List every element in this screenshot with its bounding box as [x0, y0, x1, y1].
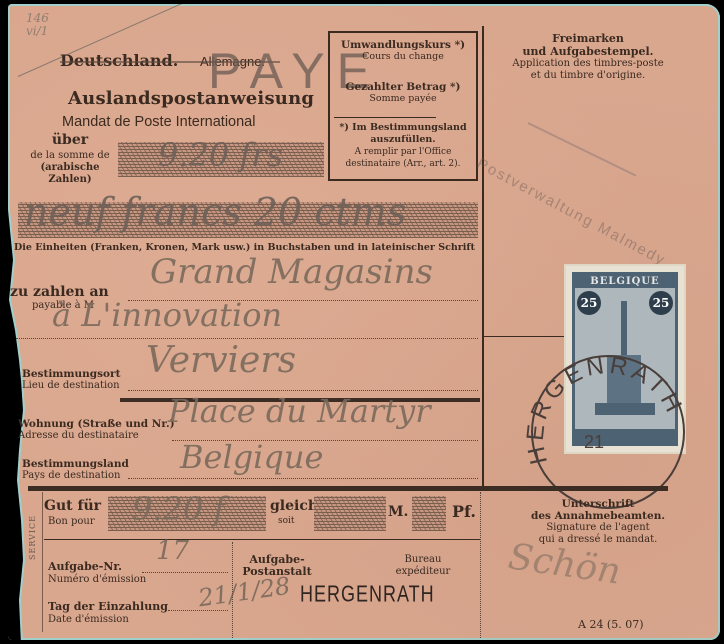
- stamp-label-de-2: und Aufgabestempel.: [488, 45, 688, 58]
- form-title-fr: Mandat de Poste International: [62, 114, 255, 130]
- amount-label-fr: de la somme de: [20, 150, 120, 162]
- payee-line-2: [16, 338, 478, 339]
- office-fr-2: expéditeur: [388, 566, 458, 578]
- money-order-form: 146 vi/1 Deutschland. Allemagne. Ausland…: [8, 4, 720, 640]
- voucher-row-rule: [44, 539, 480, 540]
- postmark: HERGENRATH 21: [508, 344, 688, 524]
- destination-line: [128, 390, 478, 391]
- office-fr-1: Bureau: [388, 554, 458, 566]
- office-fr: Bureau expéditeur: [388, 554, 458, 578]
- pfennig-label: Pf.: [452, 502, 476, 521]
- date-de: Tag der Einzahlung: [48, 600, 168, 613]
- amount-label-hint: (arabische Zahlen): [20, 162, 120, 186]
- destination-value: Verviers: [146, 340, 296, 381]
- amount-paid-de: Gezahlter Betrag *): [330, 81, 476, 93]
- marks-field[interactable]: [314, 496, 386, 531]
- exchange-note-fr: A remplir par l'Office destinataire (Arr…: [330, 146, 476, 170]
- office-de-2: Postanstalt: [242, 566, 312, 578]
- amount-paid-fr: Somme payée: [330, 93, 476, 105]
- stamp-label-fr-2: et du timbre d'origine.: [488, 70, 688, 82]
- mark-label: M.: [388, 504, 408, 520]
- postmark-text: HERGENRATH: [522, 352, 688, 467]
- postmark-date: 21: [584, 432, 604, 452]
- cachet-line: [528, 122, 637, 176]
- voucher-side-line: [42, 492, 43, 632]
- equal-fr: soit: [278, 516, 295, 526]
- stamp-area-heading: Freimarken und Aufgabestempel. Applicati…: [488, 32, 688, 82]
- country-value: Belgique: [180, 438, 323, 476]
- exchange-rate-de: Umwandlungskurs *): [330, 39, 476, 51]
- destination-label-fr: Lieu de destination: [22, 380, 120, 392]
- payee-name-2: à L'innovation: [52, 296, 282, 334]
- column-divider: [482, 26, 484, 486]
- country-label-de: Bestimmungsland: [22, 458, 129, 470]
- voucher-side-text: SERVICE: [28, 515, 37, 560]
- issue-no-line: [142, 572, 228, 573]
- date-fr: Date d'émission: [48, 614, 129, 625]
- stamp-denomination-right: 25: [649, 291, 673, 315]
- country-line: [128, 478, 478, 479]
- address-label-de: Wohnung (Straße und Nr.): [18, 418, 175, 430]
- issue-no-de: Aufgabe-Nr.: [48, 560, 122, 573]
- issue-no-fr: Numéro d'émission: [48, 574, 146, 585]
- svg-text:HERGENRATH: HERGENRATH: [522, 352, 688, 467]
- exchange-rate-fr: Cours du change: [330, 51, 476, 63]
- pfennig-field[interactable]: [412, 496, 446, 531]
- address-label-fr: Adresse du destinataire: [18, 430, 139, 442]
- pencil-note: 146 vi/1: [26, 12, 49, 38]
- office-de: Aufgabe- Postanstalt: [242, 554, 312, 578]
- office-divider-left: [232, 542, 233, 638]
- country-label-fr: Pays de destination: [22, 470, 120, 482]
- good-for-fr: Bon pour: [48, 516, 95, 527]
- faint-cachet: Postverwaltung Malmedy: [474, 155, 669, 269]
- form-code: A 24 (5. 07): [578, 618, 644, 631]
- stamp-denomination-left: 25: [577, 291, 601, 315]
- signature-de-1: Unterschrift: [518, 498, 678, 510]
- box-divider: [334, 117, 436, 118]
- exchange-box: Umwandlungskurs *) Cours du change Gezah…: [328, 31, 478, 181]
- payee-name-1: Grand Magasins: [150, 252, 433, 292]
- issue-no-value: 17: [156, 536, 189, 566]
- amount-label-de: über: [20, 132, 120, 148]
- destination-label-de: Bestimmungsort: [22, 368, 120, 380]
- stamp-label-de-1: Freimarken: [488, 32, 688, 45]
- signature-fr-1: Signature de l'agent: [518, 522, 678, 534]
- signature-de-2: des Annahmebeamten.: [518, 510, 678, 522]
- signature-block: Unterschrift des Annahmebeamten. Signatu…: [518, 498, 678, 546]
- voucher-rule: [28, 486, 668, 491]
- office-stamp: HERGENRATH: [300, 581, 435, 608]
- date-line: [168, 610, 228, 611]
- exchange-note-de: *) Im Bestimmungsland auszufüllen.: [330, 122, 476, 146]
- equal-de: gleich: [270, 498, 318, 514]
- good-for-de: Gut für: [44, 498, 101, 514]
- stamp-country: BELGIQUE: [575, 275, 675, 288]
- amount-words: neuf francs 20 ctms: [24, 190, 406, 234]
- amount-figures: 9.20 frs: [158, 136, 283, 174]
- address-value: Place du Martyr: [168, 392, 431, 430]
- stamp-label-fr-1: Application des timbres-poste: [488, 58, 688, 70]
- office-divider-right: [480, 492, 481, 638]
- good-for-value: 9.20 f: [132, 490, 225, 528]
